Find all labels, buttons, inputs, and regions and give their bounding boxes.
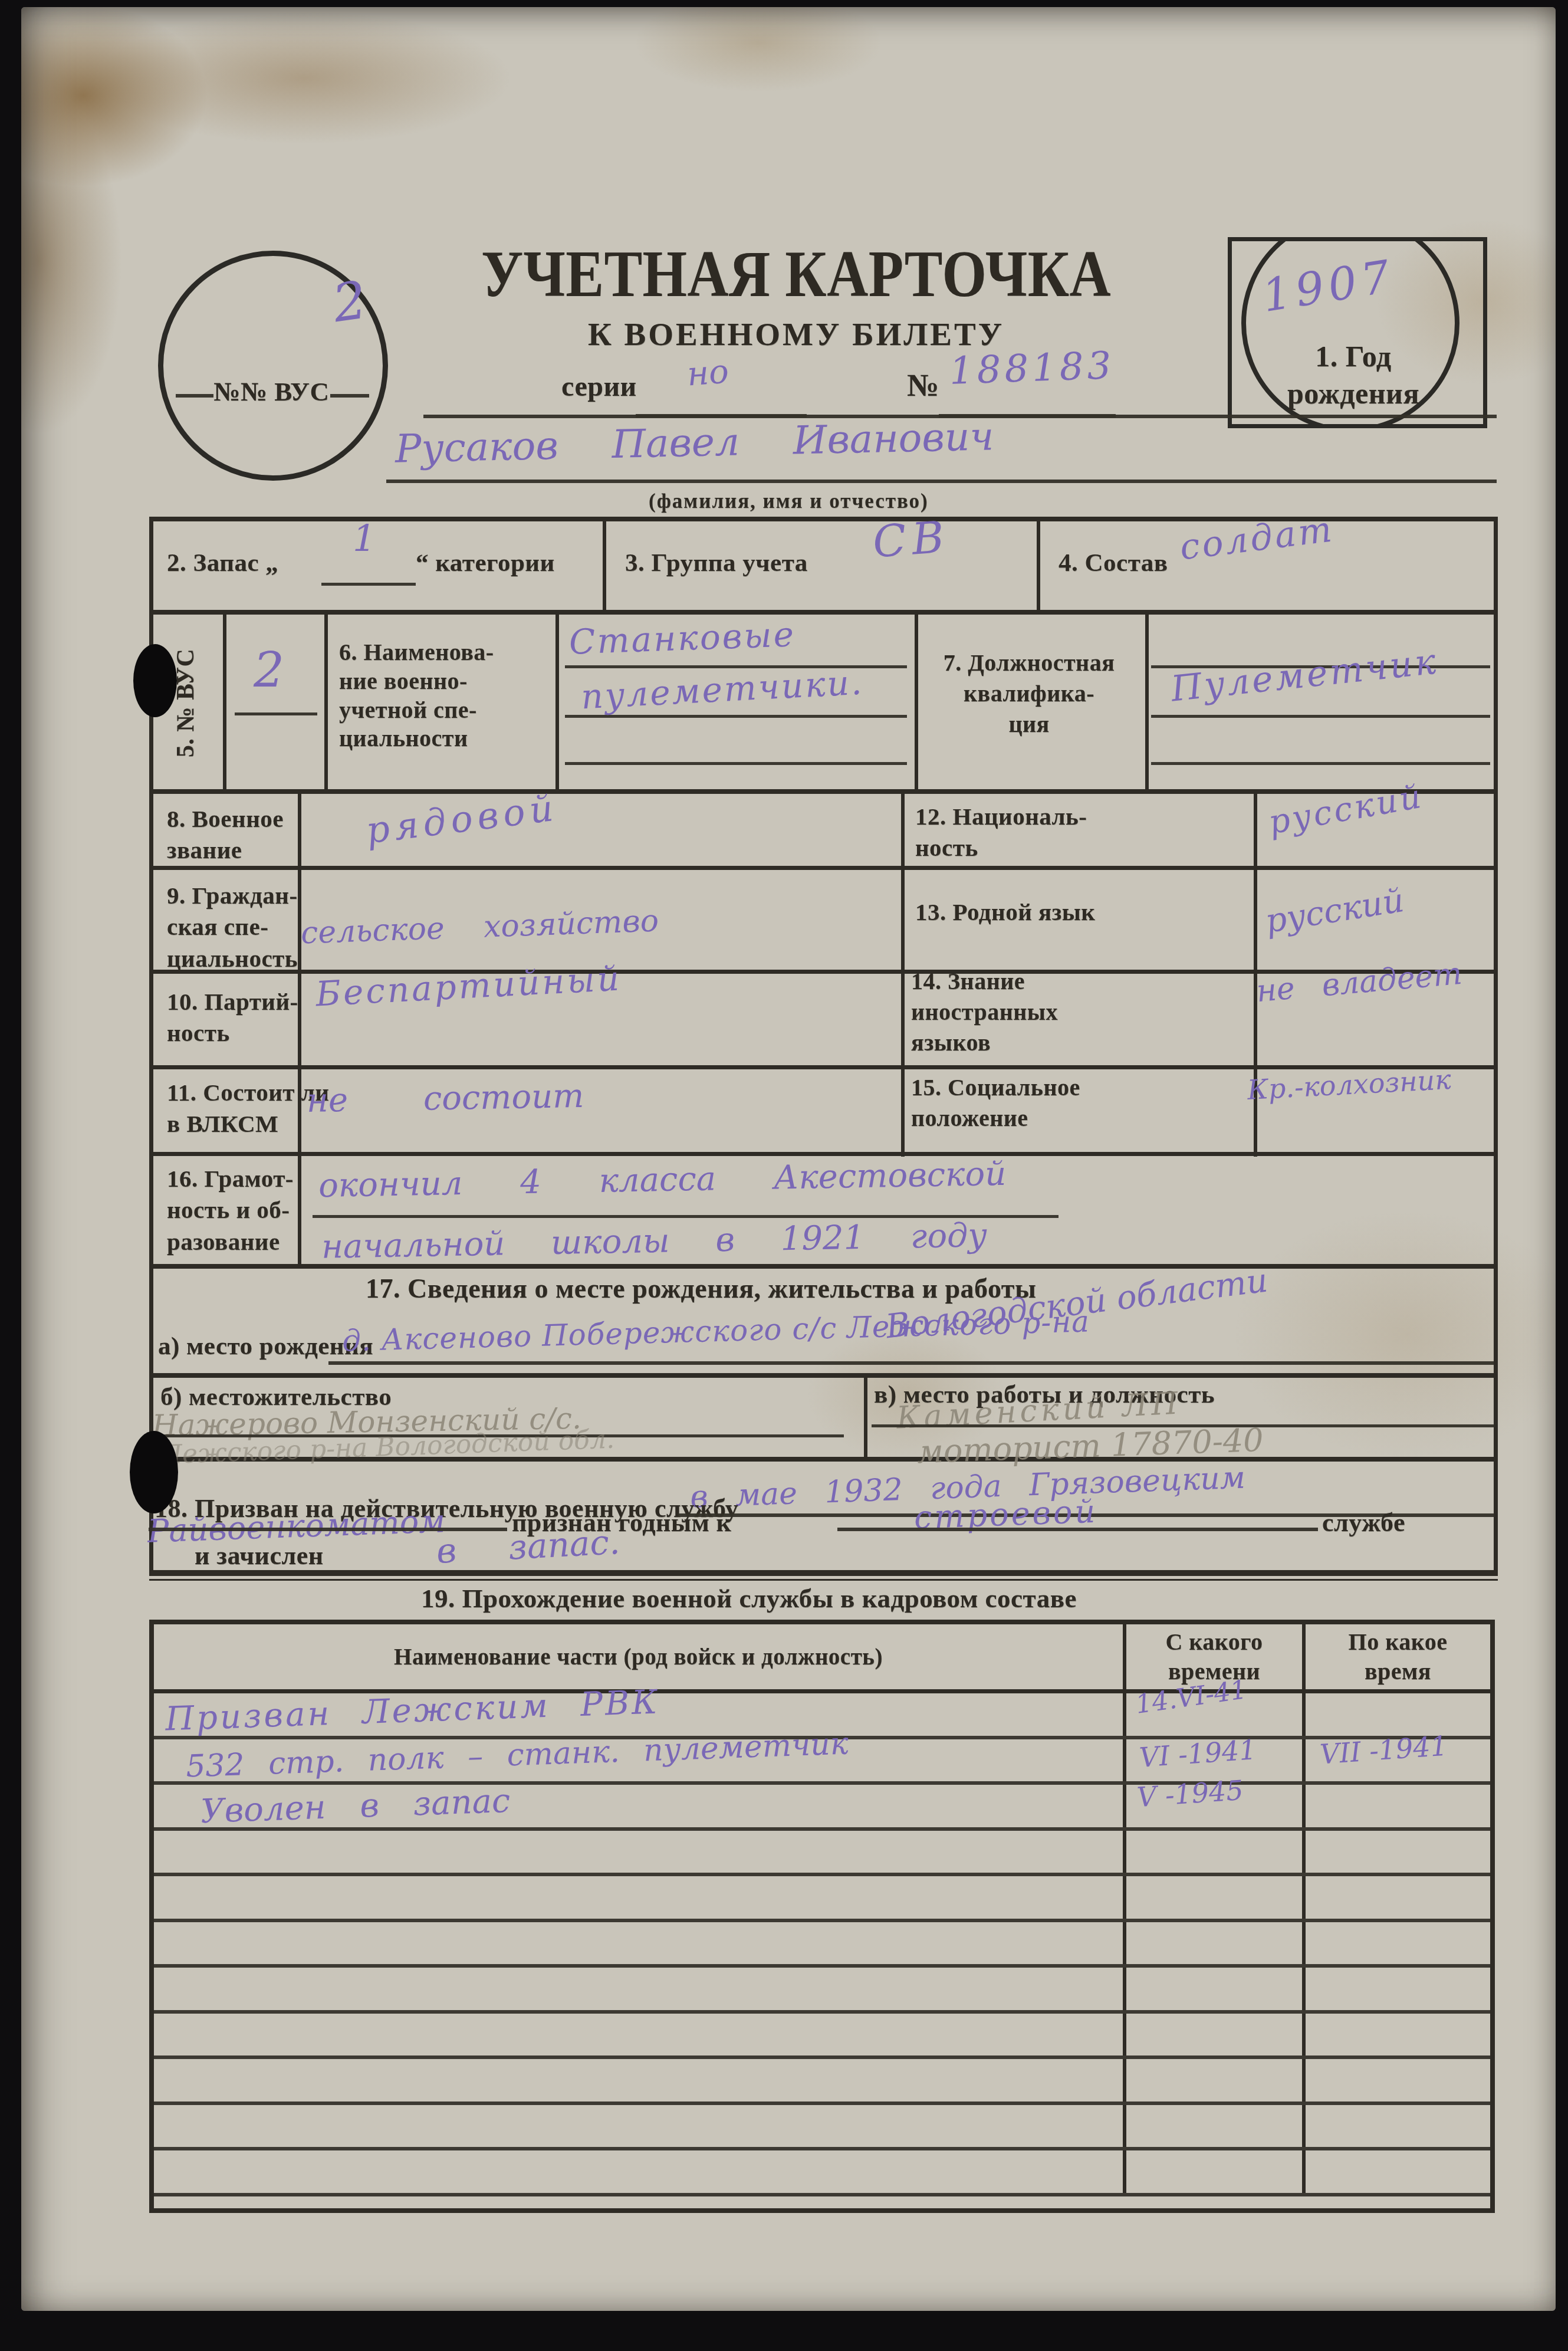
grid-line — [901, 789, 905, 1157]
field-11-label: 11. Состоит ли в ВЛКСМ — [167, 1077, 329, 1140]
field-14-value: не владеет — [1255, 956, 1464, 1009]
field-9-value: сельское хозяйство — [300, 903, 659, 951]
grid-line — [149, 1373, 1498, 1378]
hole-punch-top — [133, 644, 177, 717]
table-cell — [1126, 1922, 1306, 1965]
paper-sheet: 2 №№ ВУС УЧЕТНАЯ КАРТОЧКА К ВОЕННОМУ БИЛ… — [21, 7, 1556, 2311]
field-6-label: 6. Наименова- ние военно- учетной спе- ц… — [339, 638, 494, 753]
grid-line — [149, 1570, 1498, 1576]
grid-line — [223, 610, 226, 794]
field-2-label: 2. Запас „ — [167, 549, 278, 577]
field-7-value: Пулеметчик — [1169, 641, 1441, 710]
write-line — [565, 715, 907, 718]
grid-line — [1037, 517, 1040, 615]
name-caption: (фамилия, имя и отчество) — [649, 490, 929, 513]
table-cell — [154, 1922, 1126, 1965]
table-cell — [1306, 2059, 1490, 2102]
field-2-underline — [321, 583, 416, 586]
field-15-label: 15. Социальное положение — [911, 1072, 1080, 1134]
grid-line — [864, 1373, 867, 1462]
year-stamp-label-2: рождения — [1228, 376, 1479, 411]
section18-line3-label: и зачислен — [195, 1541, 324, 1571]
field-13-value: русский — [1263, 881, 1406, 941]
table-row — [154, 1876, 1490, 1922]
table-cell — [1306, 2105, 1490, 2148]
table-cell — [154, 1876, 1126, 1919]
grid-line — [1145, 610, 1149, 794]
field-6-value-1: Станковые — [568, 614, 796, 662]
table-cell — [1306, 1785, 1490, 1827]
table-cell — [154, 1831, 1126, 1873]
table-cell — [1126, 2150, 1306, 2193]
field-12-label: 12. Националь- ность — [915, 801, 1087, 864]
year-stamp-label-1: 1. Год — [1228, 339, 1479, 373]
write-line — [1151, 715, 1490, 718]
grid-line — [603, 517, 606, 615]
section17-title: 17. Сведения о месте рождения, жительств… — [366, 1273, 1036, 1304]
field-6-value-2: пулеметчики. — [580, 662, 864, 717]
table-cell — [1306, 1968, 1490, 2010]
table-cell — [154, 2105, 1126, 2148]
field-8-label: 8. Военное звание — [167, 803, 284, 866]
table-row — [154, 1968, 1490, 2014]
table-cell — [1126, 2105, 1306, 2148]
table-cell — [154, 1968, 1126, 2010]
section18-line2-label-post: службе — [1322, 1508, 1405, 1538]
table-cell — [154, 2059, 1126, 2102]
field-16-label: 16. Грамот- ность и об- разование — [167, 1163, 294, 1257]
section19-title: 19. Прохождение военной службы в кадрово… — [330, 1583, 1168, 1614]
field-15-value: Кр.-колхозник — [1247, 1063, 1452, 1106]
field-3-label: 3. Группа учета — [625, 549, 808, 577]
table-cell — [1306, 1876, 1490, 1919]
hole-punch-bottom — [130, 1431, 178, 1513]
field-7-label: 7. Должностная квалифика- ция — [917, 648, 1141, 740]
service-col1-header: Наименование части (род войск и должност… — [154, 1624, 1126, 1689]
vus-stamp-dash-right — [330, 394, 369, 398]
grid-line — [555, 610, 559, 794]
table-cell — [1306, 2150, 1490, 2193]
table-row — [154, 1831, 1490, 1877]
field-16-value-2: начальной школы в 1921 году — [321, 1216, 988, 1266]
table-row — [154, 2059, 1490, 2105]
table-cell — [1306, 1922, 1490, 1965]
field-14-label: 14. Знание иностранных языков — [911, 966, 1058, 1058]
vus-stamp-dash-left — [176, 394, 213, 398]
section17-a-label: а) место рождения — [158, 1332, 373, 1361]
table-cell — [1306, 1831, 1490, 1873]
grid-line — [149, 1065, 1498, 1069]
grid-line — [1494, 517, 1498, 1576]
table-cell — [1126, 1876, 1306, 1919]
write-line — [565, 762, 907, 765]
table-cell — [1126, 2059, 1306, 2102]
table-cell — [1306, 2014, 1490, 2056]
grid-line — [149, 610, 1498, 615]
page-title: УЧЕТНАЯ КАРТОЧКА — [450, 236, 1142, 312]
grid-line — [149, 1152, 1498, 1156]
grid-line — [149, 789, 1498, 794]
series-label: серии — [561, 370, 637, 403]
field-8-value: рядовой — [364, 786, 560, 852]
field-5-value: 2 — [254, 643, 284, 699]
service-col3-header: По какое время — [1306, 1624, 1490, 1689]
military-registration-card-scan: 2 №№ ВУС УЧЕТНАЯ КАРТОЧКА К ВОЕННОМУ БИЛ… — [0, 0, 1568, 2351]
number-label: № — [907, 367, 939, 403]
number-value: 188183 — [949, 344, 1116, 393]
series-value: но — [686, 353, 730, 394]
grid-line — [298, 789, 301, 1269]
field-10-value: Беспартийный — [315, 958, 623, 1014]
field-12-value: русский — [1265, 777, 1426, 842]
field-2-label-post: “ категории — [416, 549, 555, 577]
table-cell — [1126, 2014, 1306, 2056]
table-cell — [154, 2014, 1126, 2056]
table-row — [154, 1922, 1490, 1968]
name-rule-bottom — [386, 480, 1497, 483]
table-cell — [1126, 1968, 1306, 2010]
section17-a-value: д. Аксеново Побережского с/с Лежского р-… — [341, 1304, 1090, 1358]
field-5-label: 5. № ВУС — [172, 623, 200, 783]
grid-line — [149, 1579, 1498, 1581]
name-value: Русаков Павел Иванович — [395, 413, 994, 471]
field-11-value: не состоит — [306, 1077, 584, 1120]
write-line — [1151, 762, 1490, 765]
field-13-label: 13. Родной язык — [915, 898, 1095, 926]
grid-line — [324, 610, 328, 794]
section18-line2-rule-mid — [837, 1528, 1318, 1531]
field-3-value: СВ — [871, 512, 952, 568]
section17-a-rule — [328, 1361, 1494, 1365]
table-row — [154, 2150, 1490, 2196]
vus-stamp-label: №№ ВУС — [213, 376, 330, 407]
table-row — [154, 2105, 1490, 2151]
field-16-value-1: окончил 4 класса Акестовской — [318, 1155, 1007, 1205]
field-5-underline — [235, 712, 317, 715]
grid-line — [149, 866, 1498, 870]
field-4-label: 4. Состав — [1059, 549, 1168, 577]
table-cell — [1306, 1693, 1490, 1736]
field-10-label: 10. Партий- ность — [167, 986, 298, 1049]
field-9-label: 9. Граждан- ская спе- циальность — [167, 880, 298, 974]
service-table-header: Наименование части (род войск и должност… — [154, 1624, 1490, 1693]
table-row — [154, 2014, 1490, 2060]
field-2-value: 1 — [353, 517, 376, 560]
table-cell — [154, 2150, 1126, 2193]
table-cell — [1126, 1831, 1306, 1873]
